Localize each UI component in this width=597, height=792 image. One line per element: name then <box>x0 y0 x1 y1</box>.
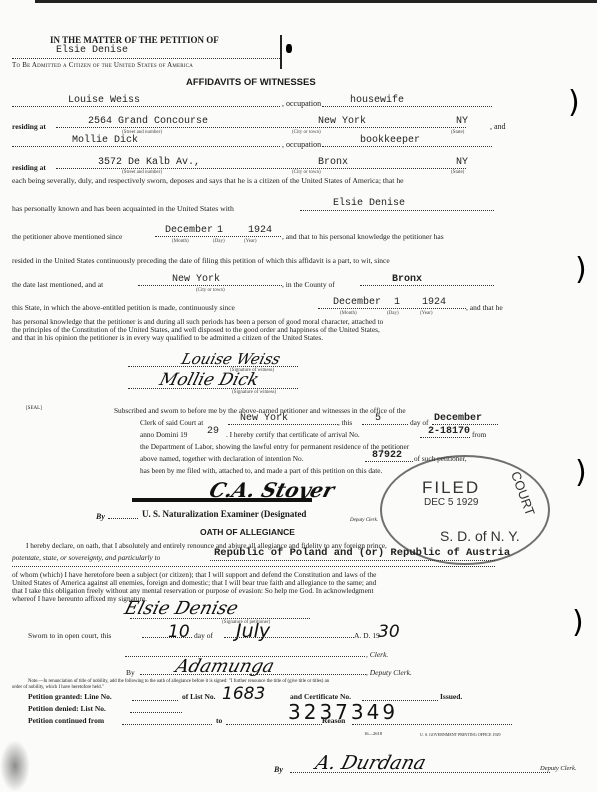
dayof-label: day of <box>194 631 213 640</box>
city-label: (City or town) <box>292 130 321 135</box>
affidavit-line1: each being severally, duly, and respecti… <box>12 176 404 185</box>
list-number: 1683 <box>222 684 265 704</box>
witness2-city: Bronx <box>318 157 348 168</box>
deputy-clerk-label: , Deputy Clerk. <box>366 668 412 677</box>
rule <box>130 618 310 619</box>
clerk-label: , Clerk. <box>366 650 388 659</box>
rule <box>128 366 298 367</box>
jurat-month: December <box>434 413 482 424</box>
rule <box>224 637 354 638</box>
rule <box>362 424 408 425</box>
stamp-date: DEC 5 1929 <box>424 497 478 508</box>
form-number: 16—2618 <box>364 731 382 736</box>
rule <box>12 146 280 147</box>
affidavit-line2: has personally known and has been acquai… <box>12 204 234 213</box>
naturalization-document: IN THE MATTER OF THE PETITION OF Elsie D… <box>0 0 597 792</box>
jurat-line3: anno Domini 19 <box>140 430 187 439</box>
rule <box>432 424 498 425</box>
examiner-title: U. S. Naturalization Examiner (Designate… <box>142 509 306 519</box>
bottom-signature: A. Durdana <box>313 752 428 774</box>
jurat-year: 29 <box>207 426 219 437</box>
dayof-label: day of <box>410 418 428 427</box>
affidavit-line3-suffix: , and that to his personal knowledge the… <box>282 232 444 241</box>
month-label: (Month) <box>340 311 357 316</box>
known-since-day: 1 <box>217 225 223 236</box>
affidavit-line3: the petitioner above mentioned since <box>12 232 122 241</box>
year-label: (Year) <box>420 311 433 316</box>
jurat-line2: Clerk of said Court at <box>140 418 203 427</box>
jurat-line4: the Department of Labor, showing the law… <box>140 442 409 451</box>
intention-number: 87922 <box>372 450 402 461</box>
bottom-clerk-label: Deputy Clerk. <box>540 765 576 772</box>
state-label: (State) <box>451 130 464 135</box>
printer-imprint: U. S. GOVERNMENT PRINTING OFFICE 1929 <box>420 732 501 737</box>
witness1-name: Louise Weiss <box>68 95 140 106</box>
state-label: (State) <box>451 170 464 175</box>
month-label: (Month) <box>172 239 189 244</box>
stamp-filed: FILED <box>422 478 480 498</box>
seal-label: [SEAL] <box>26 406 42 411</box>
rule <box>140 674 366 675</box>
rule <box>228 424 338 425</box>
residing-label: residing at <box>12 122 46 131</box>
to-label: to <box>216 716 222 725</box>
jurat-day: 5 <box>375 413 381 424</box>
and-label: , and <box>490 122 506 131</box>
city-label: (City or town) <box>196 288 225 293</box>
list-label: of List No. <box>182 692 216 701</box>
sworn-line: Sworn to in open court, this <box>28 631 111 640</box>
street-label: (Street and number) <box>122 170 162 175</box>
affidavit-line6: this State, in which the above-entitled … <box>12 303 235 312</box>
witness2-occupation: bookkeeper <box>360 135 420 146</box>
known-since-month: December <box>165 225 213 236</box>
affidavit-line6-suffix: , and that he <box>466 303 503 312</box>
residence-city: New York <box>172 274 220 285</box>
witness2-street: 3572 De Kalb Av., <box>98 157 200 168</box>
city-label: (City or town) <box>292 170 321 175</box>
rule <box>128 388 298 389</box>
rule <box>290 772 550 773</box>
admitted-line: To Be Admitted a Citizen of the United S… <box>12 61 193 69</box>
rule <box>155 236 281 237</box>
arrival-number: 2-18170 <box>428 426 470 437</box>
by-label: By <box>96 512 105 521</box>
jurat-line6: has been by me filed with, attached to, … <box>140 466 382 475</box>
petition-denied-label: Petition denied: List No. <box>28 704 106 713</box>
sworn-day: 10 <box>168 622 190 642</box>
rule <box>226 724 322 725</box>
by-label: By <box>126 668 135 677</box>
oath-title: OATH OF ALLEGIANCE <box>200 527 295 537</box>
nobility-note: Note.—In renunciation of title of nobili… <box>28 679 329 684</box>
residence-county: Bronx <box>392 274 422 285</box>
top-border <box>35 0 597 3</box>
nobility-note-2: order of nobility, which I have heretofo… <box>12 685 104 690</box>
rule <box>108 518 138 519</box>
affidavit-line5: the date last mentioned, and at <box>12 280 103 289</box>
binder-hole: ) <box>568 85 580 120</box>
reason-label: Reason <box>322 716 345 725</box>
deputy-clerk-label: Deputy Clerk. <box>350 518 378 523</box>
issued-label: Issued. <box>440 692 462 701</box>
rule <box>56 127 466 128</box>
known-since-year: 1924 <box>248 225 272 236</box>
rule <box>210 560 495 561</box>
continuous-since-day: 1 <box>394 297 400 308</box>
year-label: (Year) <box>244 239 257 244</box>
rule <box>12 106 280 107</box>
rule <box>122 724 212 725</box>
ad-label: A. D. 19 <box>354 631 380 640</box>
rule <box>322 146 492 147</box>
rule <box>142 637 192 638</box>
signature-stroke <box>132 498 312 502</box>
witness1-occupation: housewife <box>350 95 404 106</box>
section-title: AFFIDAVITS OF WITNESSES <box>186 77 316 88</box>
this-label: , this <box>338 418 352 427</box>
sworn-month: July <box>236 620 270 642</box>
rule <box>56 168 466 169</box>
binder-hole: ) <box>575 455 587 490</box>
affidavit-para3: and that in his opinion the petitioner i… <box>12 334 323 342</box>
acquainted-with-name: Elsie Denise <box>333 198 405 209</box>
rule <box>352 724 512 725</box>
rule <box>362 700 438 701</box>
matter-of-heading: IN THE MATTER OF THE PETITION OF <box>50 35 219 45</box>
from-label: from <box>472 430 486 439</box>
witness1-city: New York <box>318 116 366 127</box>
jurat-line5: above named, together with declaration o… <box>140 454 304 463</box>
rule <box>318 308 466 309</box>
arrival-label: . I hereby certify that certificate of a… <box>226 430 360 439</box>
continuous-since-year: 1924 <box>422 297 446 308</box>
sworn-year: 30 <box>378 622 400 642</box>
rule <box>360 285 494 286</box>
occupation-label: , occupation <box>282 99 321 108</box>
jurat-city: New York <box>240 413 288 424</box>
witness2-name: Mollie Dick <box>72 135 138 146</box>
rule <box>12 566 495 567</box>
scan-smudge <box>0 740 30 792</box>
day-label: (Day) <box>213 239 225 244</box>
signature-witness-label: (Signature of witness) <box>232 390 276 395</box>
rule <box>420 437 470 438</box>
rule <box>132 700 178 701</box>
witness1-state: NY <box>456 116 468 127</box>
header-rule <box>12 58 280 59</box>
petition-granted-label: Petition granted: Line No. <box>28 692 112 701</box>
continuous-since-month: December <box>333 297 381 308</box>
renounced-country: Republic of Poland and (or) Republic of … <box>214 547 510 559</box>
header-bracket <box>280 35 282 69</box>
punch-mark <box>286 44 292 53</box>
affidavit-line4: resided in the United States continuousl… <box>12 256 390 265</box>
binder-hole: ) <box>575 252 587 287</box>
day-label: (Day) <box>387 311 399 316</box>
witness1-street: 2564 Grand Concourse <box>88 116 208 127</box>
witness2-signature: Mollie Dick <box>157 370 261 390</box>
petitioner-signature: Elsie Denise <box>122 598 240 619</box>
witness2-state: NY <box>456 157 468 168</box>
petitioner-name: Elsie Denise <box>56 45 128 56</box>
rule <box>365 461 413 462</box>
occupation-label: , occupation <box>282 140 321 149</box>
petition-continued-label: Petition continued from <box>28 716 104 725</box>
rule <box>300 210 494 211</box>
bottom-by-label: By <box>274 765 283 774</box>
rule <box>138 285 282 286</box>
stamp-district: S. D. of N. Y. <box>440 528 520 544</box>
residing-label: residing at <box>12 163 46 172</box>
county-label: , in the County of <box>282 280 335 289</box>
rule <box>130 712 182 713</box>
oath-line2: potentate, state, or sovereignty, and pa… <box>12 553 160 562</box>
binder-hole: ) <box>572 605 584 640</box>
rule <box>322 106 492 107</box>
